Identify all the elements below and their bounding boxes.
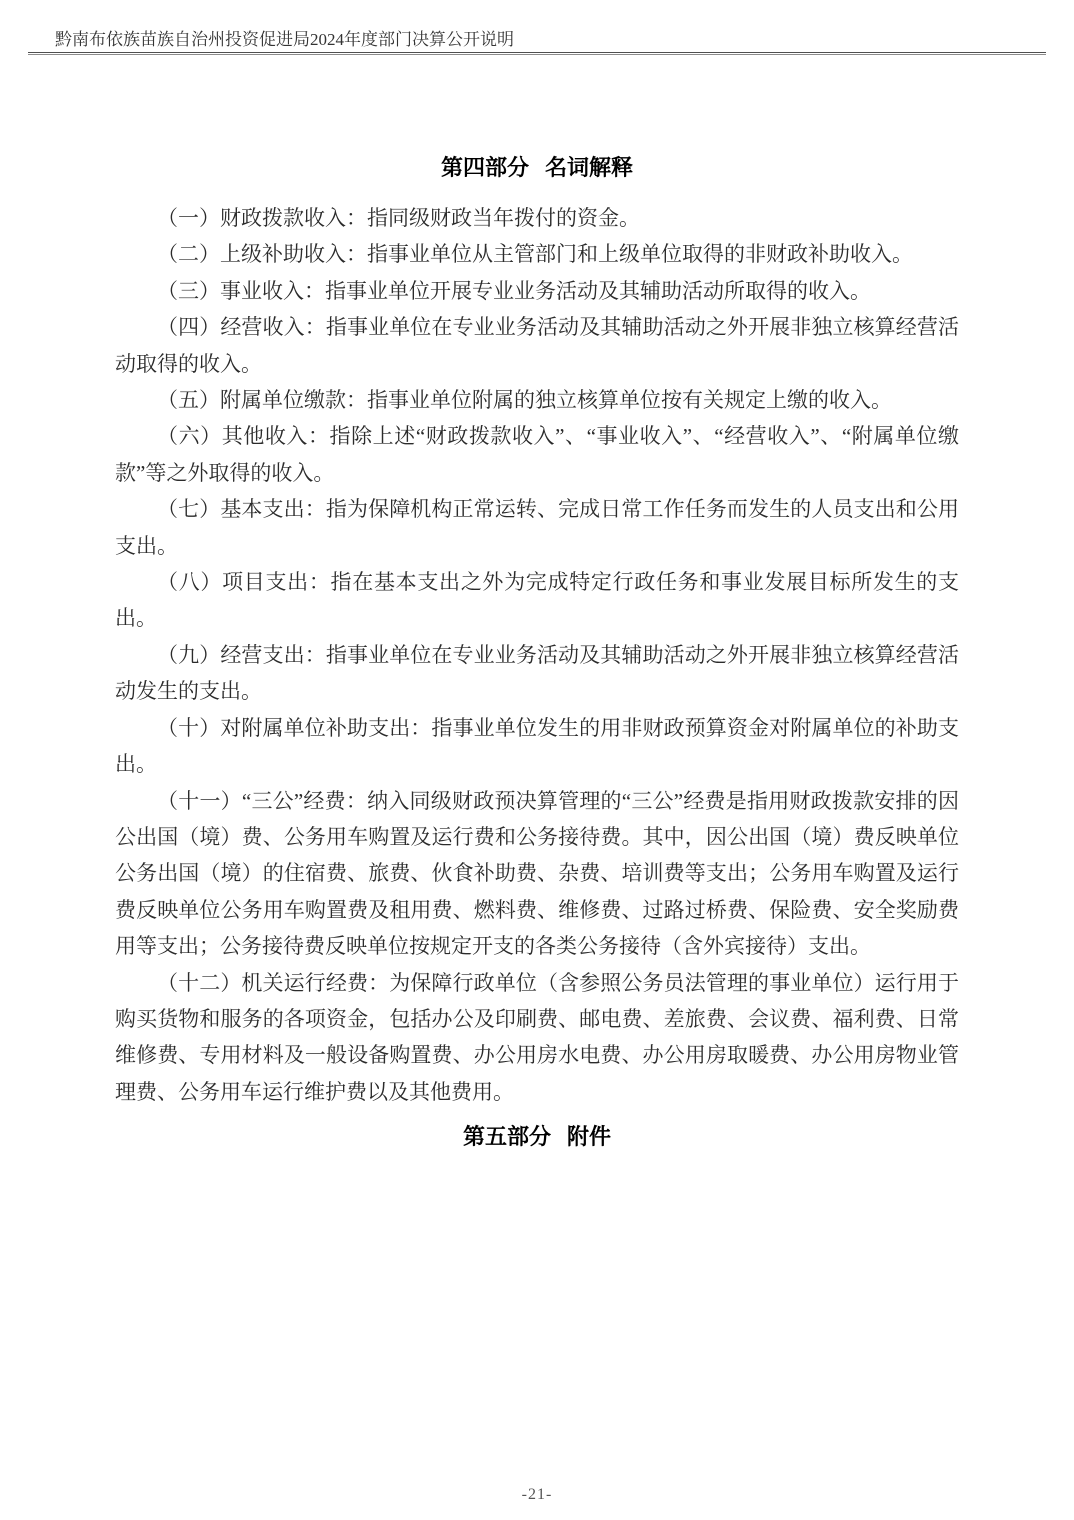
definition-item: （七）基本支出：指为保障机构正常运转、完成日常工作任务而发生的人员支出和公用支出… [115,491,959,564]
definition-item: （一）财政拨款收入：指同级财政当年拨付的资金。 [115,200,959,236]
definition-item: （八）项目支出：指在基本支出之外为完成特定行政任务和事业发展目标所发生的支出。 [115,564,959,637]
definition-item: （十一）“三公”经费：纳入同级财政预决算管理的“三公”经费是指用财政拨款安排的因… [115,783,959,965]
page-header-title: 黔南布依族苗族自治州投资促进局2024年度部门决算公开说明 [55,30,514,50]
definition-item: （四）经营收入：指事业单位在专业业务活动及其辅助活动之外开展非独立核算经营活动取… [115,309,959,382]
header-divider-rule [28,52,1046,55]
document-body: 第四部分 名词解释 （一）财政拨款收入：指同级财政当年拨付的资金。 （二）上级补… [115,150,959,1155]
section-five-title: 第五部分 附件 [115,1119,959,1155]
page-number: -21- [0,1486,1074,1504]
section-four-title: 第四部分 名词解释 [115,150,959,186]
definition-item: （十）对附属单位补助支出：指事业单位发生的用非财政预算资金对附属单位的补助支出。 [115,710,959,783]
document-page: 黔南布依族苗族自治州投资促进局2024年度部门决算公开说明 第四部分 名词解释 … [0,0,1074,1520]
definition-item: （十二）机关运行经费：为保障行政单位（含参照公务员法管理的事业单位）运行用于购买… [115,965,959,1111]
definition-item: （五）附属单位缴款：指事业单位附属的独立核算单位按有关规定上缴的收入。 [115,382,959,418]
definition-item: （九）经营支出：指事业单位在专业业务活动及其辅助活动之外开展非独立核算经营活动发… [115,637,959,710]
definition-item: （三）事业收入：指事业单位开展专业业务活动及其辅助活动所取得的收入。 [115,273,959,309]
definition-item: （六）其他收入：指除上述“财政拨款收入”、“事业收入”、“经营收入”、“附属单位… [115,418,959,491]
definition-item: （二）上级补助收入：指事业单位从主管部门和上级单位取得的非财政补助收入。 [115,236,959,272]
